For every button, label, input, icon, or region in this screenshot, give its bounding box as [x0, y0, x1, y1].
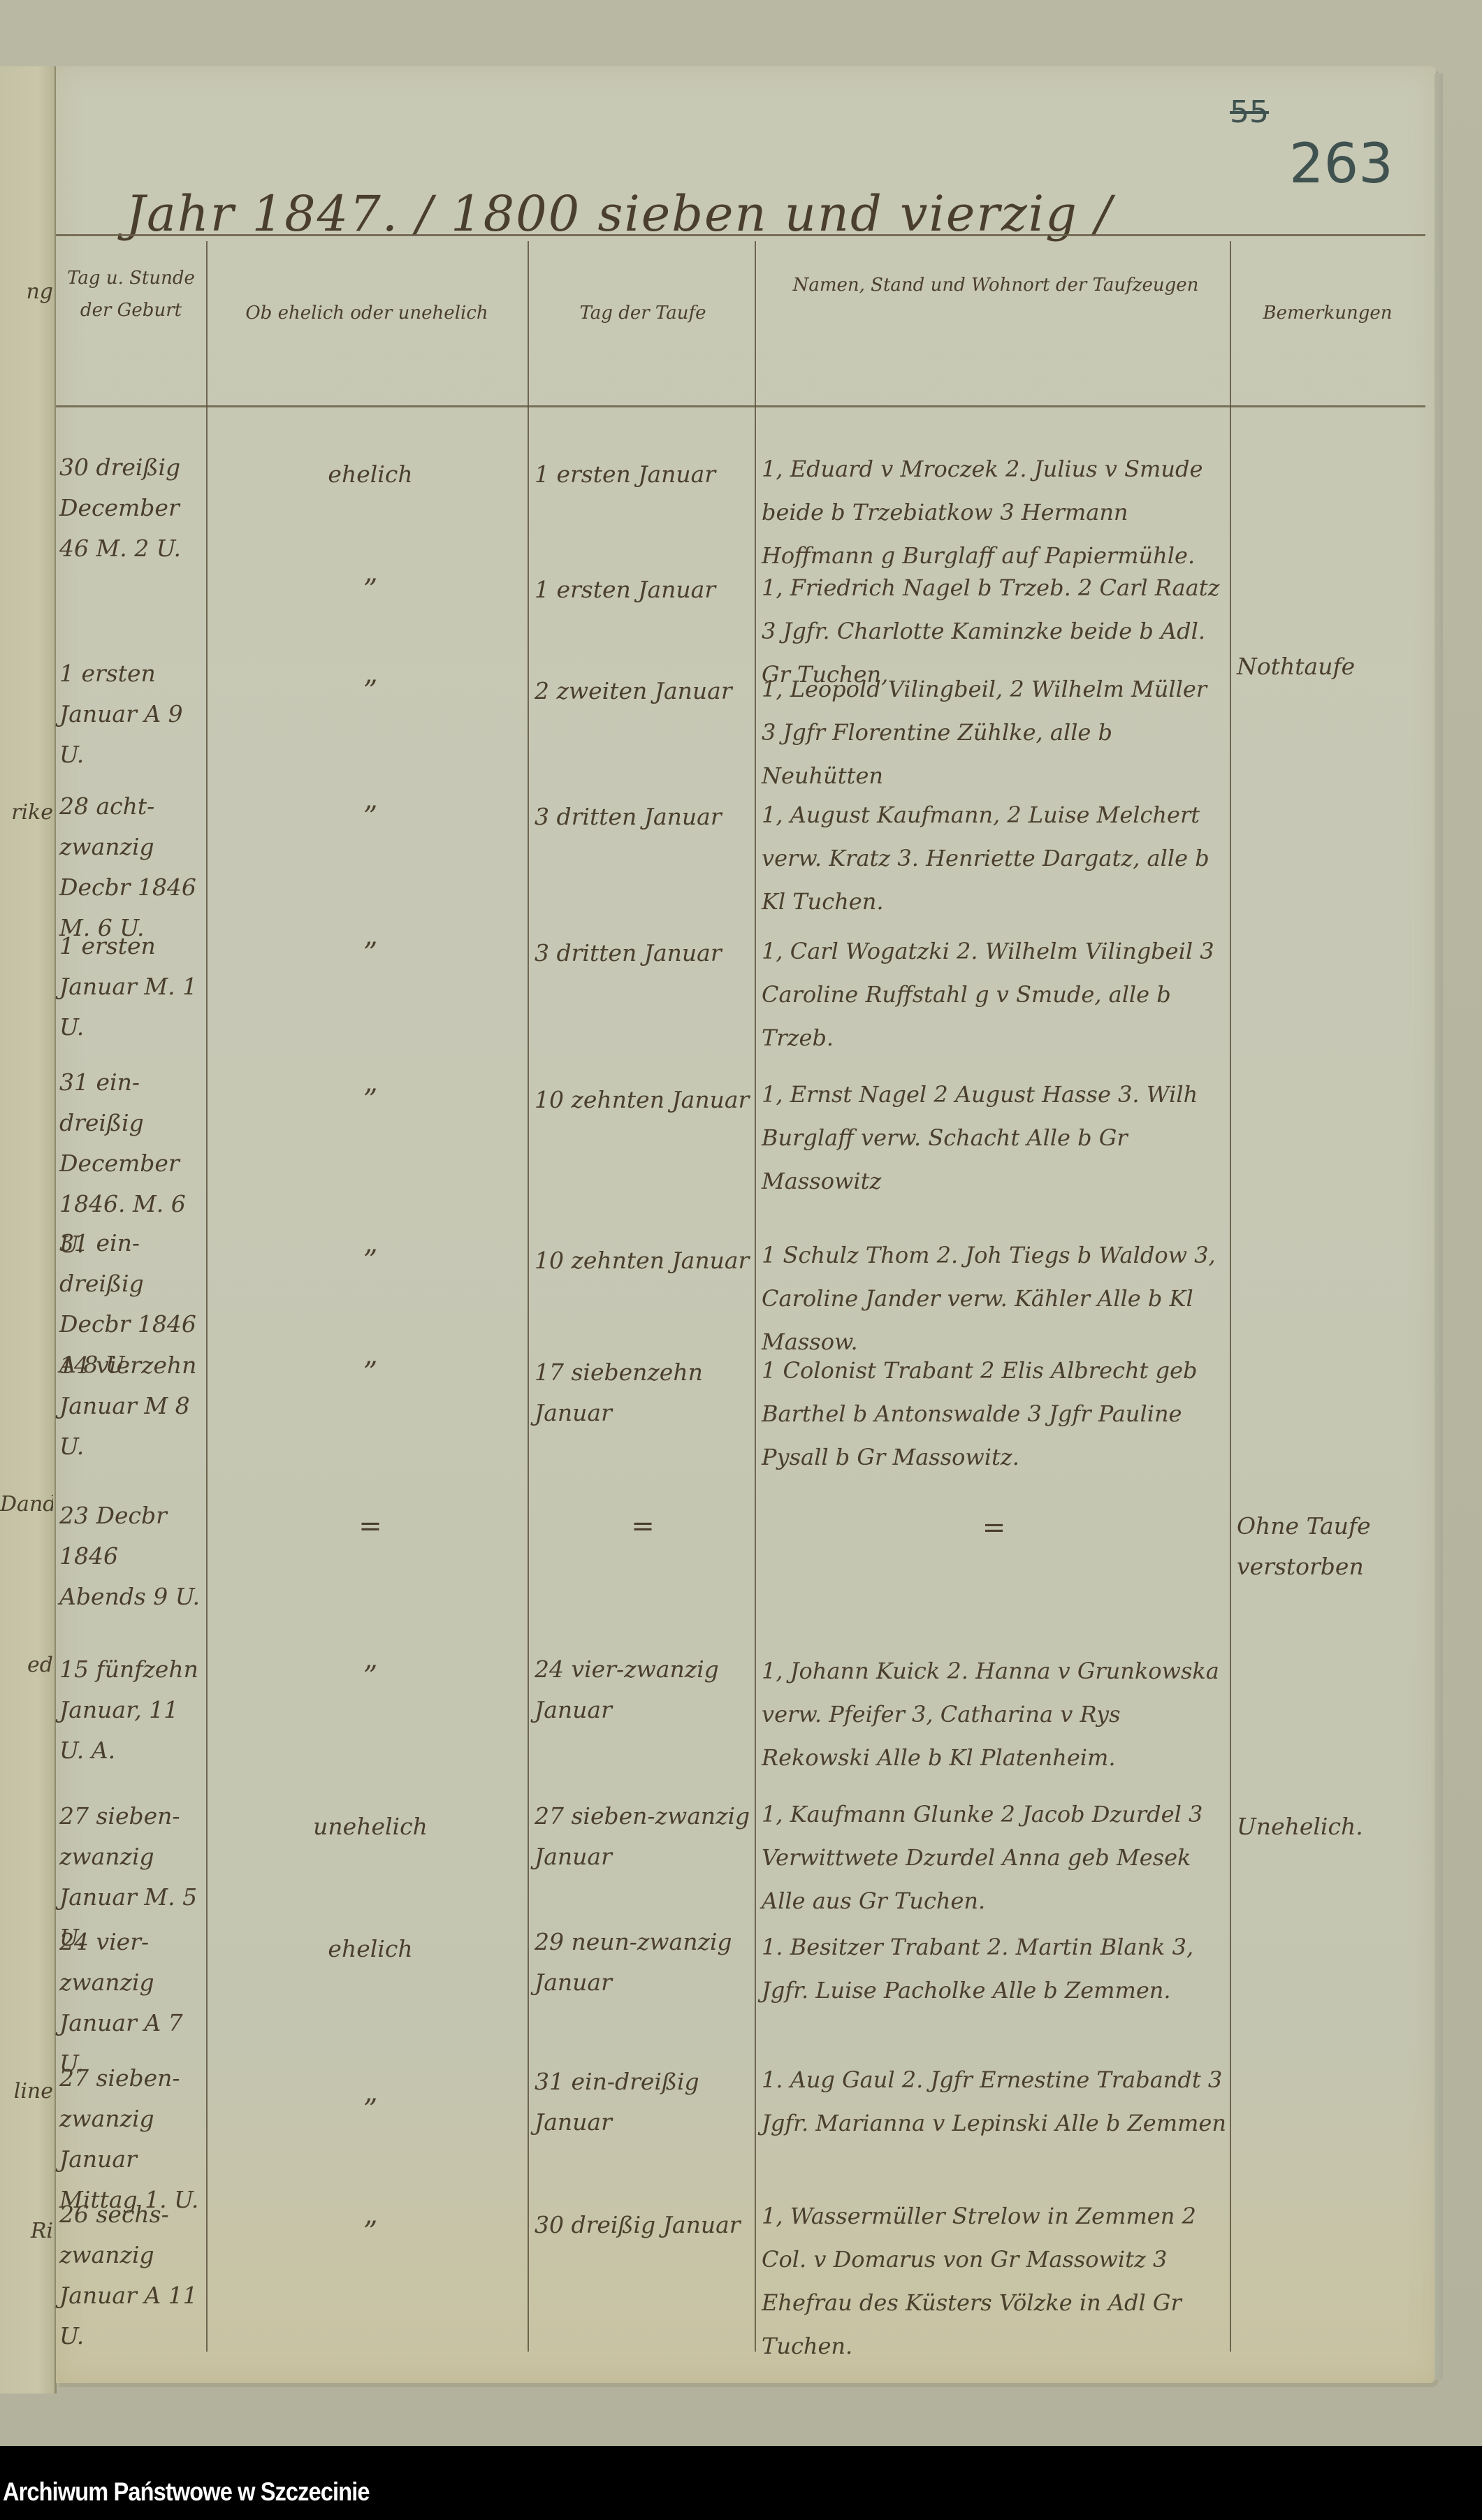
- column-header-sponsors: Namen, Stand und Wohnort der Taufzeugen: [769, 269, 1223, 301]
- cell-baptism: 1 ersten Januar: [535, 570, 751, 610]
- header-top-rule: [56, 234, 1425, 236]
- cell-sponsors: 1. Besitzer Trabant 2. Martin Blank 3, J…: [762, 1925, 1226, 2012]
- previous-page-edge: [0, 66, 57, 2394]
- column-header-birth: Tag u. Stunde der Geburt: [59, 262, 203, 326]
- cell-baptism: 29 neun-zwanzig Januar: [535, 1922, 751, 2003]
- cell-legitimacy: unehelich: [217, 1806, 524, 1847]
- cell-sponsors: 1, Ernst Nagel 2 August Hasse 3. Wilh Bu…: [762, 1073, 1226, 1203]
- cell-birth: 28 acht-zwanzig Decbr 1846 M. 6 U.: [59, 786, 203, 948]
- cell-legitimacy: ”: [217, 2090, 524, 2130]
- cell-baptism: 1 ersten Januar: [535, 454, 751, 495]
- cell-baptism: 2 zweiten Januar: [535, 671, 751, 711]
- prev-page-fragment: ed: [0, 1653, 53, 1677]
- cell-legitimacy: ”: [217, 671, 524, 711]
- cell-sponsors: 1. Aug Gaul 2. Jgfr Ernestine Trabandt 3…: [762, 2058, 1226, 2145]
- header-bottom-rule: [56, 405, 1425, 407]
- cell-sponsors: 1, Carl Wogatzki 2. Wilhelm Vilingbeil 3…: [762, 929, 1226, 1059]
- cell-legitimacy: ”: [217, 2212, 524, 2252]
- cell-sponsors: 1, August Kaufmann, 2 Luise Melchert ver…: [762, 793, 1226, 923]
- cell-legitimacy: =: [217, 1506, 524, 1547]
- cell-baptism: 3 dritten Januar: [535, 933, 751, 973]
- prev-page-fragment: Ri: [0, 2219, 53, 2243]
- cell-birth: 23 Decbr 1846 Abends 9 U.: [59, 1496, 203, 1617]
- cell-baptism: 10 zehnten Januar: [535, 1080, 751, 1120]
- column-header-remarks: Bemerkungen: [1237, 297, 1418, 329]
- column-divider: [206, 241, 208, 2352]
- cell-birth: 30 dreißig December 46 M. 2 U.: [59, 447, 203, 569]
- cell-sponsors: 1, Kaufmann Glunke 2 Jacob Dzurdel 3 Ver…: [762, 1793, 1226, 1922]
- cell-legitimacy: ”: [217, 570, 524, 610]
- cell-birth: 1 ersten Januar A 9 U.: [59, 653, 203, 775]
- cell-sponsors: 1 Schulz Thom 2. Joh Tiegs b Waldow 3, C…: [762, 1233, 1226, 1363]
- cell-sponsors: =: [762, 1506, 1226, 1549]
- archive-name: Archiwum Państwowe w Szczecinie: [3, 2477, 370, 2507]
- cell-birth: 26 sechs-zwanzig Januar A 11 U.: [59, 2194, 203, 2356]
- cell-baptism: =: [535, 1506, 751, 1547]
- cell-baptism: 10 zehnten Januar: [535, 1240, 751, 1281]
- cell-legitimacy: ”: [217, 1352, 524, 1393]
- cell-legitimacy: ehelich: [217, 454, 524, 495]
- cell-baptism: 3 dritten Januar: [535, 797, 751, 837]
- cell-birth: 1 ersten Januar M. 1 U.: [59, 926, 203, 1048]
- cell-sponsors: 1, Wassermüller Strelow in Zemmen 2 Col.…: [762, 2194, 1226, 2368]
- cell-remarks: Nothtaufe: [1237, 646, 1418, 687]
- cell-sponsors: 1, Leopold Vilingbeil, 2 Wilhelm Müller …: [762, 667, 1226, 797]
- cell-baptism: 31 ein-dreißig Januar: [535, 2062, 751, 2143]
- cell-legitimacy: ”: [217, 1240, 524, 1281]
- folio-number: 263: [1289, 133, 1393, 196]
- cell-sponsors: 1 Colonist Trabant 2 Elis Albrecht geb B…: [762, 1349, 1226, 1479]
- cell-birth: 14 vierzehn Januar M 8 U.: [59, 1345, 203, 1467]
- cell-remarks: Unehelich.: [1237, 1806, 1418, 1847]
- cell-remarks: Ohne Taufe verstorben: [1237, 1506, 1418, 1587]
- column-header-legitimacy: Ob ehelich oder unehelich: [213, 297, 521, 329]
- column-divider: [528, 241, 529, 2352]
- cell-sponsors: 1, Eduard v Mroczek 2. Julius v Smude be…: [762, 447, 1226, 577]
- cell-sponsors: 1, Johann Kuick 2. Hanna v Grunkowska ve…: [762, 1649, 1226, 1779]
- prev-page-fragment: line: [0, 2079, 53, 2103]
- prev-page-fragment: ng: [0, 280, 53, 304]
- column-header-baptism-date: Tag der Taufe: [538, 297, 748, 329]
- column-divider: [755, 241, 756, 2352]
- cell-baptism: 17 siebenzehn Januar: [535, 1352, 751, 1433]
- page-edge: [1434, 73, 1443, 2380]
- cell-legitimacy: ehelich: [217, 1929, 524, 1969]
- column-divider: [1230, 241, 1231, 2352]
- cell-baptism: 24 vier-zwanzig Januar: [535, 1649, 751, 1730]
- register-page: Jahr 1847. / 1800 sieben und vierzig / 5…: [56, 66, 1436, 2383]
- prev-page-fragment: Dandk: [0, 1492, 53, 1516]
- cell-legitimacy: ”: [217, 1656, 524, 1697]
- cell-legitimacy: ”: [217, 933, 524, 973]
- folio-struck: 55: [1230, 94, 1269, 130]
- cell-birth: 15 fünfzehn Januar, 11 U. A.: [59, 1649, 203, 1771]
- cell-baptism: 30 dreißig Januar: [535, 2205, 751, 2245]
- prev-page-fragment: rike: [0, 800, 53, 825]
- cell-legitimacy: ”: [217, 1080, 524, 1120]
- cell-baptism: 27 sieben-zwanzig Januar: [535, 1796, 751, 1877]
- cell-legitimacy: ”: [217, 797, 524, 837]
